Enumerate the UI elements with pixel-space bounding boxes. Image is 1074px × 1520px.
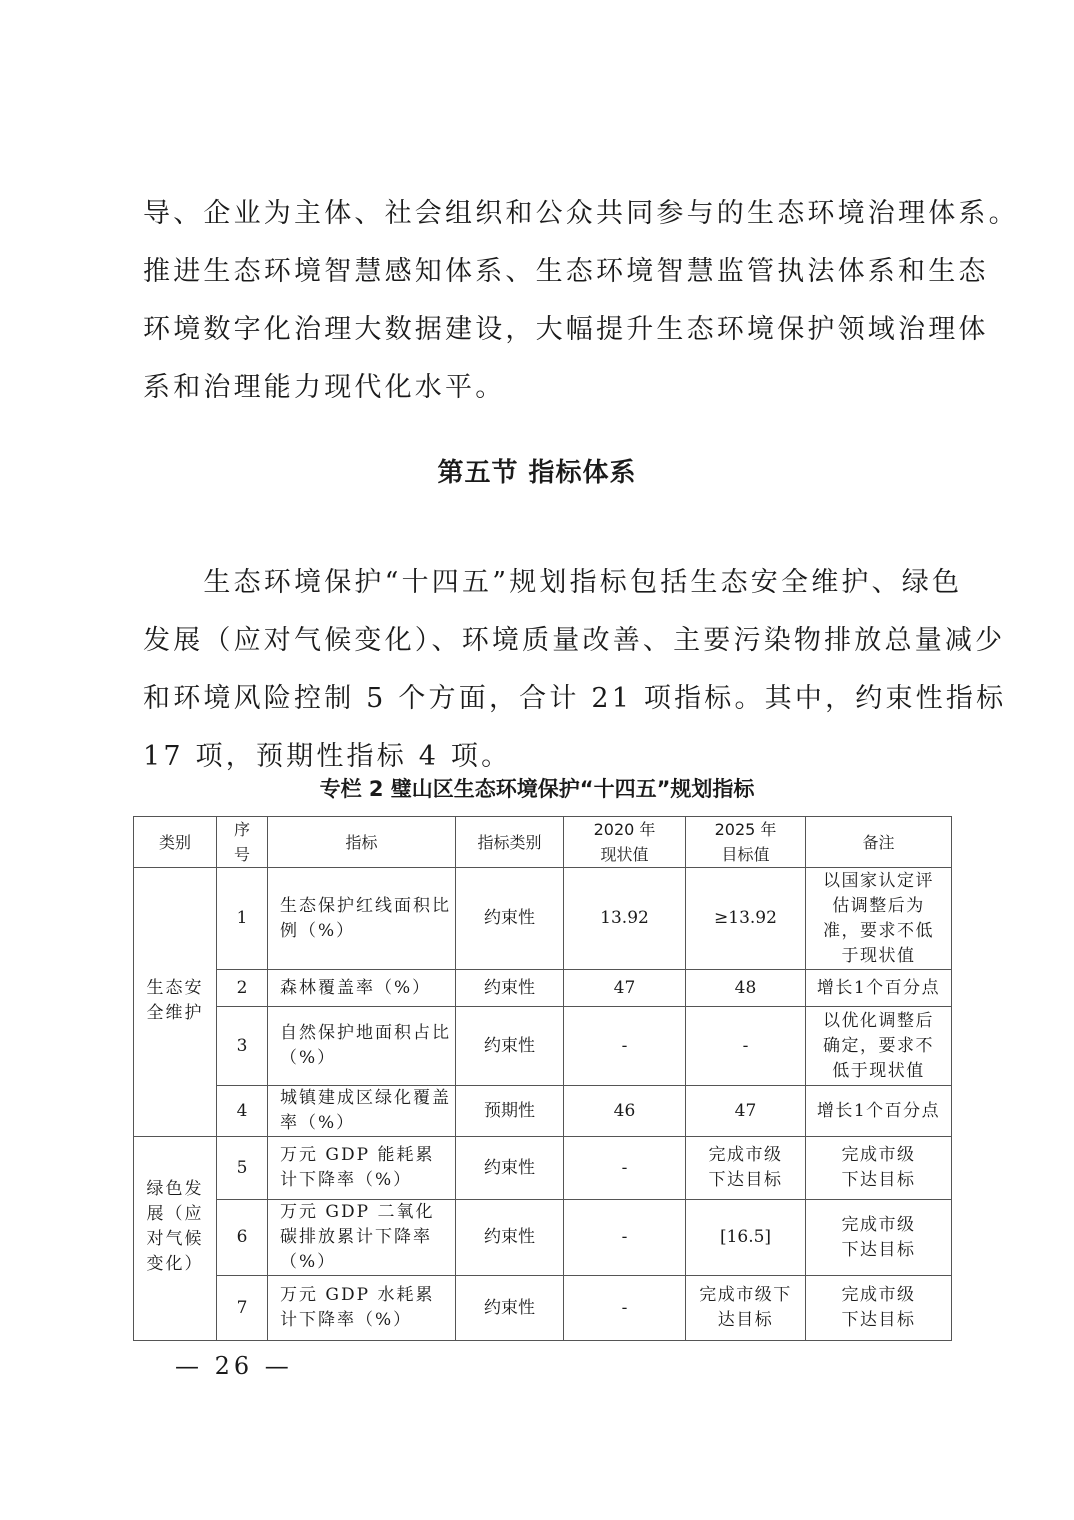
paragraph-line: 系和治理能力现代化水平。: [143, 359, 943, 417]
page-number: — 26 —: [175, 1352, 293, 1380]
paragraph-line: 导、企业为主体、社会组织和公众共同参与的生态环境治理体系。: [143, 185, 943, 243]
note-cell: 完成市级下达目标: [806, 1276, 952, 1341]
section-heading: 第五节 指标体系: [0, 452, 1074, 489]
indicator-table: 类别 序号 指标 指标类别 2020 年现状值 2025 年目标值 备注 生态安…: [133, 816, 952, 1341]
value-2020-cell: -: [564, 1137, 686, 1200]
type-cell: 约束性: [456, 1276, 564, 1341]
table-row: 绿色发展（应对气候变化） 5 万元 GDP 能耗累计下降率（%） 约束性 - 完…: [134, 1137, 952, 1200]
paragraph-line: 环境数字化治理大数据建设，大幅提升生态环境保护领域治理体: [143, 301, 943, 359]
header-indicator: 指标: [268, 817, 456, 868]
value-2020-cell: -: [564, 1276, 686, 1341]
type-cell: 约束性: [456, 1137, 564, 1200]
note-cell: 完成市级下达目标: [806, 1200, 952, 1276]
table-row: 3 自然保护地面积占比（%） 约束性 - - 以优化调整后确定，要求不低于现状值: [134, 1007, 952, 1086]
paragraph-indicator-summary: 生态环境保护“十四五”规划指标包括生态安全维护、绿色 发展（应对气候变化）、环境…: [143, 554, 943, 786]
target-2025-cell: [16.5]: [686, 1200, 806, 1276]
note-cell: 以优化调整后确定，要求不低于现状值: [806, 1007, 952, 1086]
indicator-cell: 自然保护地面积占比（%）: [268, 1007, 456, 1086]
table-row: 7 万元 GDP 水耗累计下降率（%） 约束性 - 完成市级下达目标 完成市级下…: [134, 1276, 952, 1341]
note-cell: 增长1个百分点: [806, 970, 952, 1007]
indicator-cell: 万元 GDP 水耗累计下降率（%）: [268, 1276, 456, 1341]
header-2025-target: 2025 年目标值: [686, 817, 806, 868]
header-seq: 序号: [217, 817, 268, 868]
value-2020-cell: 46: [564, 1086, 686, 1137]
seq-cell: 3: [217, 1007, 268, 1086]
paragraph-line: 生态环境保护“十四五”规划指标包括生态安全维护、绿色: [143, 554, 943, 612]
target-2025-cell: 48: [686, 970, 806, 1007]
type-cell: 约束性: [456, 868, 564, 970]
target-2025-cell: -: [686, 1007, 806, 1086]
seq-cell: 7: [217, 1276, 268, 1341]
table-row: 生态安全维护 1 生态保护红线面积比例（%） 约束性 13.92 ≥13.92 …: [134, 868, 952, 970]
table-header-row: 类别 序号 指标 指标类别 2020 年现状值 2025 年目标值 备注: [134, 817, 952, 868]
table-title: 专栏 2 璧山区生态环境保护“十四五”规划指标: [0, 773, 1074, 803]
value-2020-cell: -: [564, 1007, 686, 1086]
header-type: 指标类别: [456, 817, 564, 868]
target-2025-cell: ≥13.92: [686, 868, 806, 970]
indicator-cell: 万元 GDP 二氧化碳排放累计下降率（%）: [268, 1200, 456, 1276]
seq-cell: 4: [217, 1086, 268, 1137]
target-2025-cell: 完成市级下达目标: [686, 1276, 806, 1341]
type-cell: 约束性: [456, 1007, 564, 1086]
table-row: 4 城镇建成区绿化覆盖率（%） 预期性 46 47 增长1个百分点: [134, 1086, 952, 1137]
indicator-cell: 生态保护红线面积比例（%）: [268, 868, 456, 970]
value-2020-cell: 47: [564, 970, 686, 1007]
table-row: 2 森林覆盖率（%） 约束性 47 48 增长1个百分点: [134, 970, 952, 1007]
table-row: 6 万元 GDP 二氧化碳排放累计下降率（%） 约束性 - [16.5] 完成市…: [134, 1200, 952, 1276]
header-category: 类别: [134, 817, 217, 868]
type-cell: 预期性: [456, 1086, 564, 1137]
value-2020-cell: -: [564, 1200, 686, 1276]
paragraph-line: 推进生态环境智慧感知体系、生态环境智慧监管执法体系和生态: [143, 243, 943, 301]
type-cell: 约束性: [456, 970, 564, 1007]
category-cell: 生态安全维护: [134, 868, 217, 1137]
note-cell: 增长1个百分点: [806, 1086, 952, 1137]
target-2025-cell: 完成市级下达目标: [686, 1137, 806, 1200]
note-cell: 以国家认定评估调整后为准，要求不低于现状值: [806, 868, 952, 970]
value-2020-cell: 13.92: [564, 868, 686, 970]
type-cell: 约束性: [456, 1200, 564, 1276]
seq-cell: 5: [217, 1137, 268, 1200]
header-2020-value: 2020 年现状值: [564, 817, 686, 868]
category-cell: 绿色发展（应对气候变化）: [134, 1137, 217, 1341]
indicator-cell: 城镇建成区绿化覆盖率（%）: [268, 1086, 456, 1137]
seq-cell: 6: [217, 1200, 268, 1276]
header-note: 备注: [806, 817, 952, 868]
target-2025-cell: 47: [686, 1086, 806, 1137]
seq-cell: 1: [217, 868, 268, 970]
seq-cell: 2: [217, 970, 268, 1007]
indicator-cell: 万元 GDP 能耗累计下降率（%）: [268, 1137, 456, 1200]
indicator-cell: 森林覆盖率（%）: [268, 970, 456, 1007]
paragraph-line: 和环境风险控制 5 个方面，合计 21 项指标。其中，约束性指标: [143, 670, 943, 728]
note-cell: 完成市级下达目标: [806, 1137, 952, 1200]
paragraph-governance: 导、企业为主体、社会组织和公众共同参与的生态环境治理体系。 推进生态环境智慧感知…: [143, 185, 943, 417]
paragraph-line: 发展（应对气候变化）、环境质量改善、主要污染物排放总量减少: [143, 612, 943, 670]
